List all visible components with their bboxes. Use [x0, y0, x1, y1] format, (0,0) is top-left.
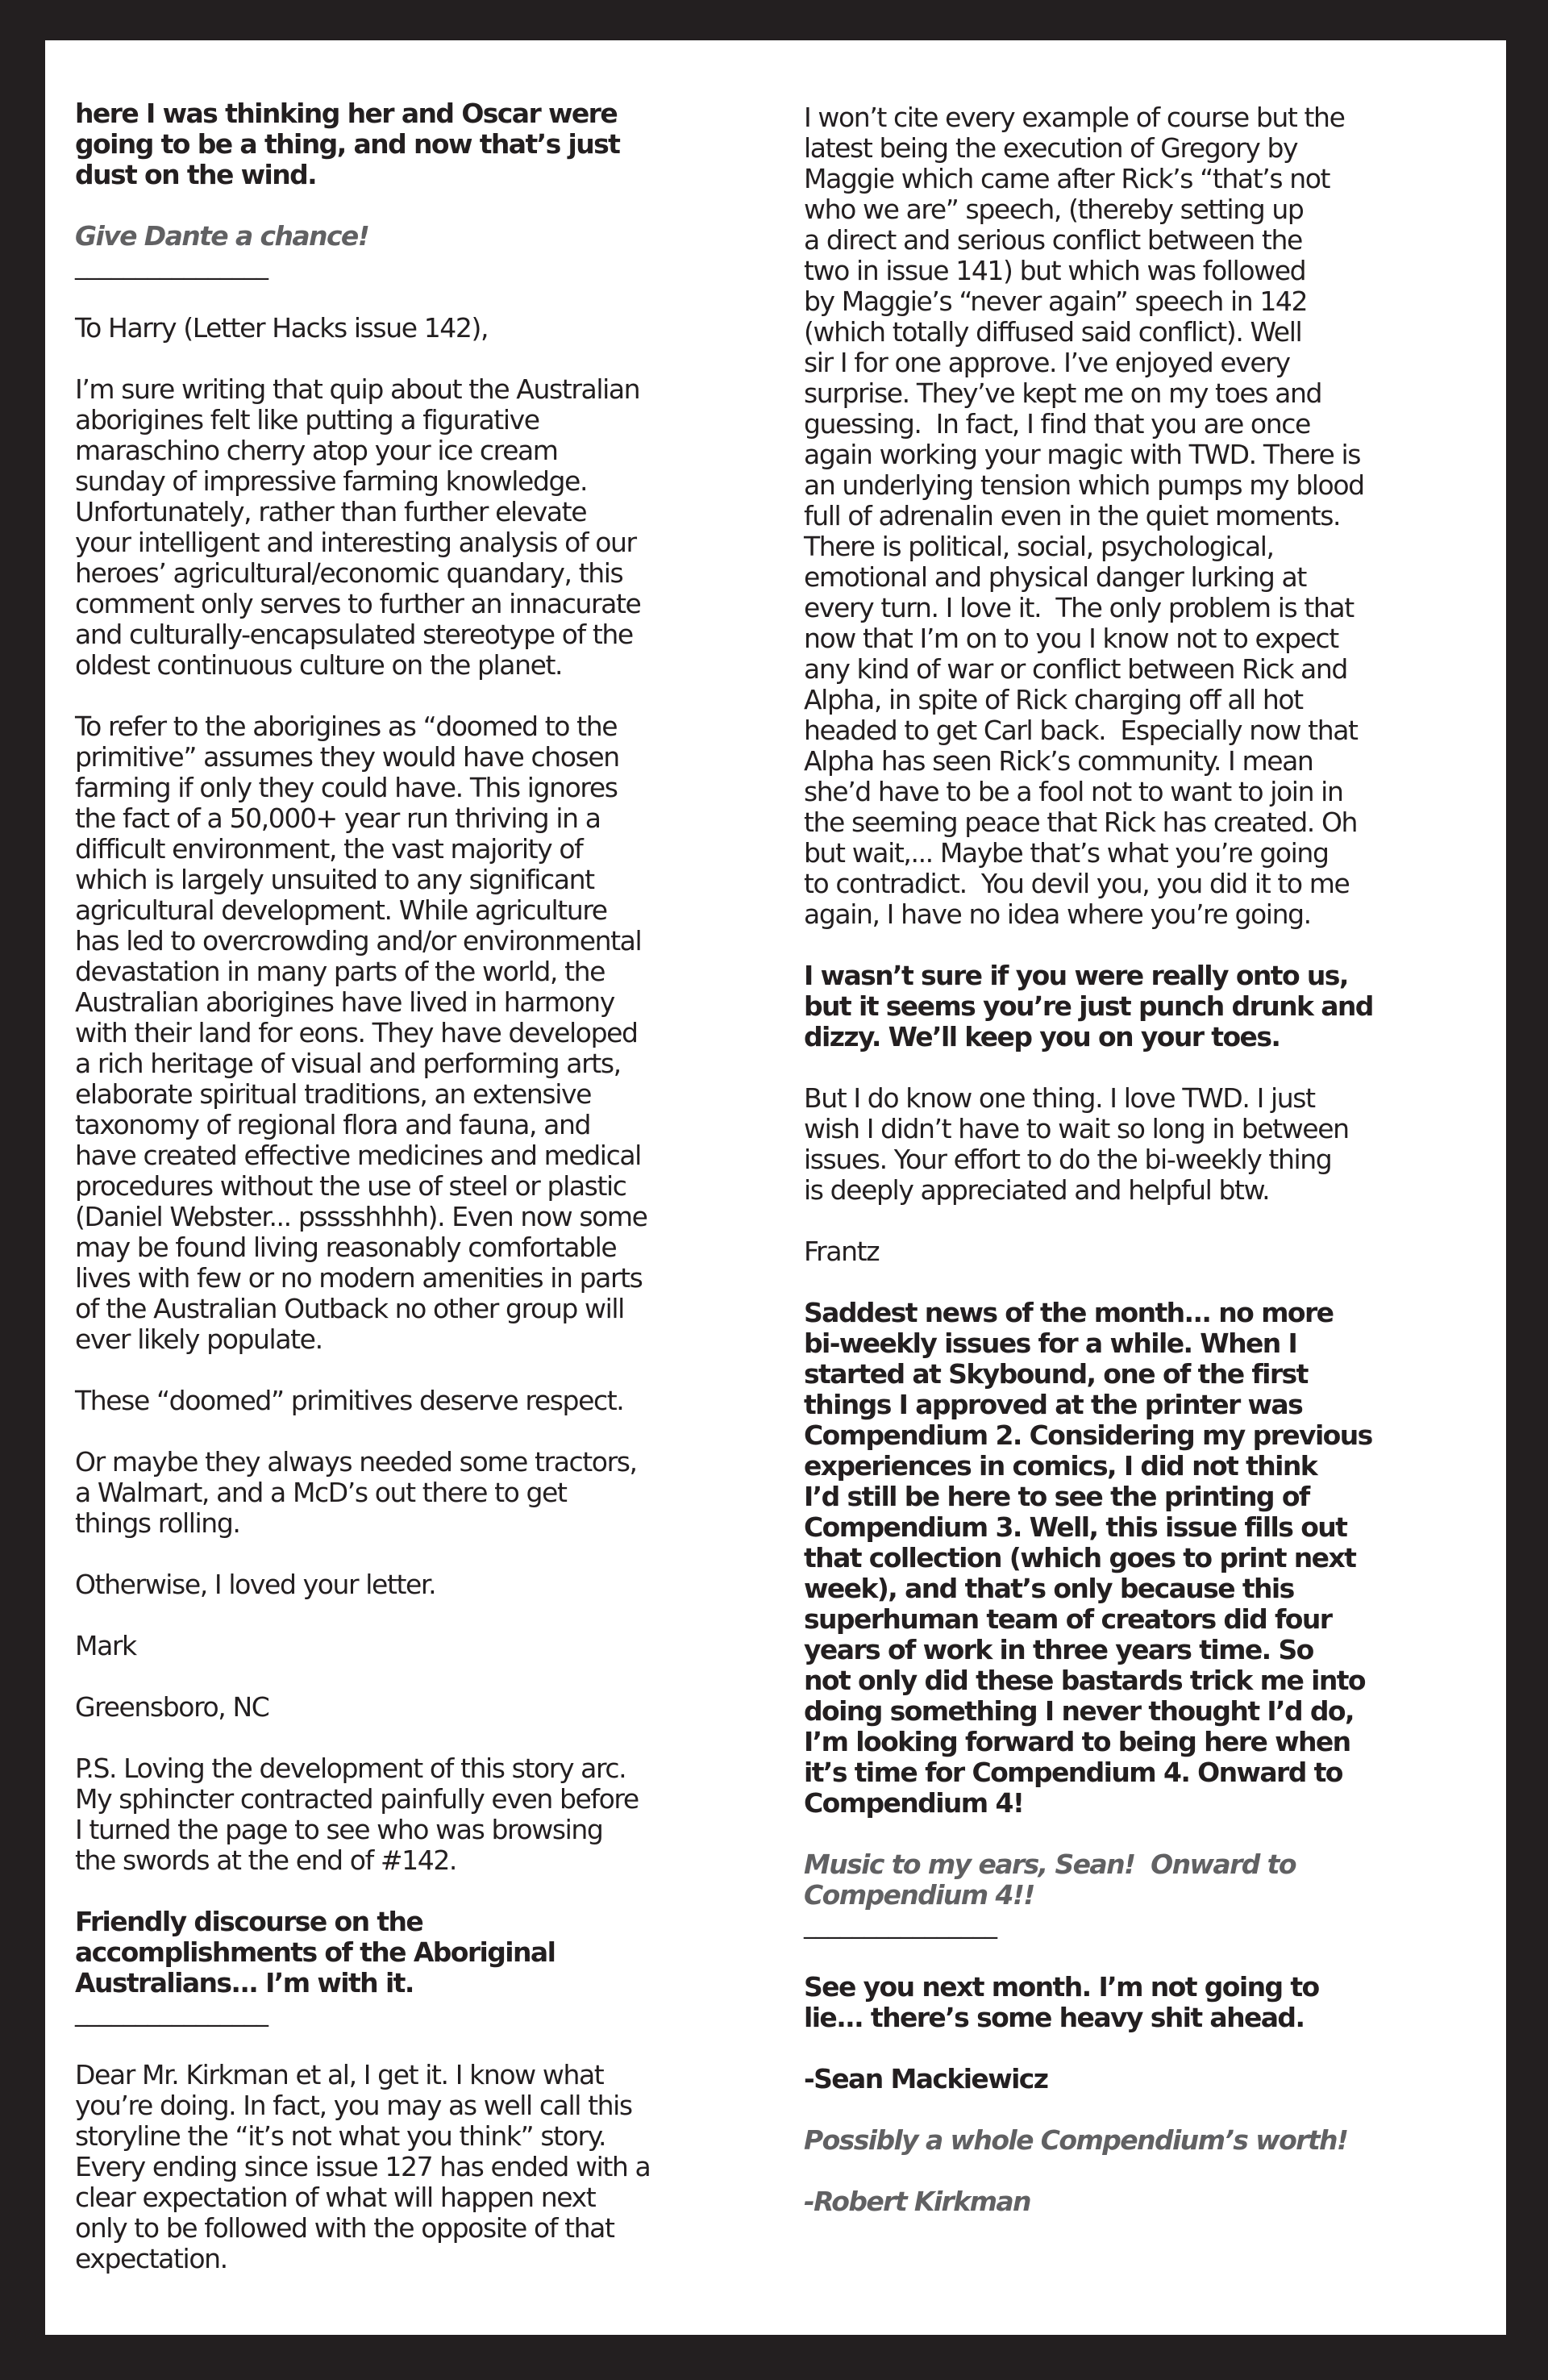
text-line: farming if only they could have. This ig… [75, 773, 784, 803]
text-line: Possibly a whole Compendium’s worth! [804, 2125, 1513, 2156]
paragraph-spacer [75, 681, 784, 711]
text-line: lives with few or no modern amenities in… [75, 1263, 784, 1294]
text-line: any kind of war or conflict between Rick… [804, 654, 1513, 685]
text-line: See you next month. I’m not going to [804, 1972, 1513, 2003]
text-line: latest being the execution of Gregory by [804, 133, 1513, 164]
text-line: aborigines felt like putting a figurativ… [75, 405, 784, 436]
text-line: she’d have to be a fool not to want to j… [804, 777, 1513, 807]
text-line: Frantz [804, 1236, 1513, 1267]
text-line: Maggie which came after Rick’s “that’s n… [804, 164, 1513, 194]
editor-reply-dante: here I was thinking her and Oscar werego… [75, 98, 784, 190]
text-line: Compendium 3. Well, this issue fills out [804, 1512, 1513, 1543]
text-line: which is largely unsuited to any signifi… [75, 865, 784, 895]
text-line: you’re doing. In fact, you may as well c… [75, 2090, 784, 2121]
text-line: To Harry (Letter Hacks issue 142), [75, 313, 784, 344]
text-line: started at Skybound, one of the first [804, 1359, 1513, 1390]
text-line: the seeming peace that Rick has created.… [804, 807, 1513, 838]
paragraph-spacer [75, 1600, 784, 1631]
text-line: I’m looking forward to being here when [804, 1727, 1513, 1757]
text-line: emotional and physical danger lurking at [804, 562, 1513, 593]
left-column: here I was thinking her and Oscar werego… [75, 98, 784, 2274]
text-line: going to be a thing, and now that’s just [75, 129, 784, 160]
text-line: maraschino cherry atop your ice cream [75, 436, 784, 466]
text-line: devastation in many parts of the world, … [75, 957, 784, 987]
text-line: I wasn’t sure if you were really onto us… [804, 961, 1513, 991]
paragraph-spacer [75, 282, 784, 313]
letter-divider: ________________ [75, 1999, 784, 2029]
text-line: who we are” speech, (thereby setting up [804, 194, 1513, 225]
letter-paragraph: These “doomed” primitives deserve respec… [75, 1386, 784, 1416]
divider-line: ________________ [75, 252, 784, 282]
text-line: it’s time for Compendium 4. Onward to [804, 1757, 1513, 1788]
text-line: Unfortunately, rather than further eleva… [75, 497, 784, 527]
text-line: Alpha has seen Rick’s community. I mean [804, 746, 1513, 777]
text-line: procedures without the use of steel or p… [75, 1171, 784, 1202]
letter-paragraph: I’m sure writing that quip about the Aus… [75, 374, 784, 681]
text-line: I’d still be here to see the printing of [804, 1482, 1513, 1512]
text-line: Mark [75, 1631, 784, 1661]
text-line: dust on the wind. [75, 160, 784, 190]
text-line: a Walmart, and a McD’s out there to get [75, 1478, 784, 1508]
letter-paragraph: Otherwise, I loved your letter. [75, 1569, 784, 1600]
letter-signature: Frantz [804, 1236, 1513, 1267]
text-line: My sphincter contracted painfully even b… [75, 1784, 784, 1815]
text-line: things I approved at the printer was [804, 1390, 1513, 1420]
letter-divider: ________________ [804, 1911, 1513, 1941]
text-line: elaborate spiritual traditions, an exten… [75, 1079, 784, 1110]
text-line: again, I have no idea where you’re going… [804, 899, 1513, 930]
divider-line: ________________ [75, 1999, 784, 2029]
text-line: To refer to the aborigines as “doomed to… [75, 711, 784, 742]
paragraph-spacer [75, 1723, 784, 1753]
text-line: Otherwise, I loved your letter. [75, 1569, 784, 1600]
text-line: Dear Mr. Kirkman et al, I get it. I know… [75, 2060, 784, 2090]
paragraph-spacer [75, 1416, 784, 1447]
text-line: every turn. I love it. The only problem … [804, 593, 1513, 623]
text-line: things rolling. [75, 1508, 784, 1539]
text-line: your intelligent and interesting analysi… [75, 527, 784, 558]
paragraph-spacer [804, 1941, 1513, 1972]
text-line: now that I’m on to you I know not to exp… [804, 623, 1513, 654]
text-line: superhuman team of creators did four [804, 1604, 1513, 1635]
text-line: that collection (which goes to print nex… [804, 1543, 1513, 1573]
paragraph-spacer [75, 1661, 784, 1692]
editor-reply: Friendly discourse on theaccomplishments… [75, 1907, 784, 1999]
divider-line: ________________ [804, 1911, 1513, 1941]
text-line: guessing. In fact, I find that you are o… [804, 409, 1513, 440]
text-line: bi-weekly issues for a while. When I [804, 1328, 1513, 1359]
text-line: may be found living reasonably comfortab… [75, 1232, 784, 1263]
paragraph-spacer [75, 1355, 784, 1386]
text-line: experiences in comics, I did not think [804, 1451, 1513, 1482]
text-line: comment only serves to further an innacu… [75, 589, 784, 619]
signature-robert-kirkman: -Robert Kirkman [804, 2186, 1513, 2217]
text-line: There is political, social, psychologica… [804, 531, 1513, 562]
text-line: week), and that’s only because this [804, 1573, 1513, 1604]
text-line: a direct and serious conflict between th… [804, 225, 1513, 256]
text-line: Greensboro, NC [75, 1692, 784, 1723]
text-line: (Daniel Webster... psssshhhh). Even now … [75, 1202, 784, 1232]
text-line: storyline the “it’s not what you think” … [75, 2121, 784, 2152]
text-line: (which totally diffused said conflict). … [804, 317, 1513, 348]
text-line: the swords at the end of #142. [75, 1845, 784, 1876]
text-line: difficult environment, the vast majority… [75, 834, 784, 865]
text-line: expectation. [75, 2244, 784, 2274]
text-line: but wait,... Maybe that’s what you’re go… [804, 838, 1513, 869]
text-line: is deeply appreciated and helpful btw. [804, 1175, 1513, 1206]
text-line: Or maybe they always needed some tractor… [75, 1447, 784, 1478]
closing-reply: Possibly a whole Compendium’s worth! [804, 2125, 1513, 2156]
text-line: with their land for eons. They have deve… [75, 1018, 784, 1048]
text-line: has led to overcrowding and/or environme… [75, 926, 784, 957]
letter-signature: Mark [75, 1631, 784, 1661]
text-line: ever likely populate. [75, 1324, 784, 1355]
editor-reply: Music to my ears, Sean! Onward toCompend… [804, 1849, 1513, 1911]
text-line: But I do know one thing. I love TWD. I j… [804, 1083, 1513, 1114]
text-line: Compendium 2. Considering my previous [804, 1420, 1513, 1451]
right-column: I won’t cite every example of course but… [804, 102, 1513, 2217]
text-line: sunday of impressive farming knowledge. [75, 466, 784, 497]
text-line: sir I for one approve. I’ve enjoyed ever… [804, 348, 1513, 378]
paragraph-spacer [75, 190, 784, 221]
text-line: Every ending since issue 127 has ended w… [75, 2152, 784, 2182]
letter-paragraph: Or maybe they always needed some tractor… [75, 1447, 784, 1539]
text-line: Alpha, in spite of Rick charging off all… [804, 685, 1513, 715]
text-line: only to be followed with the opposite of… [75, 2213, 784, 2244]
paragraph-spacer [804, 1819, 1513, 1849]
text-line: Friendly discourse on the [75, 1907, 784, 1937]
text-line: to contradict. You devil you, you did it… [804, 869, 1513, 899]
text-line: agricultural development. While agricult… [75, 895, 784, 926]
text-line: not only did these bastards trick me int… [804, 1665, 1513, 1696]
text-line: and culturally-encapsulated stereotype o… [75, 619, 784, 650]
text-line: I turned the page to see who was browsin… [75, 1815, 784, 1845]
text-line: Australians... I’m with it. [75, 1968, 784, 1999]
text-line: Australian aborigines have lived in harm… [75, 987, 784, 1018]
text-line: Compendium 4! [804, 1788, 1513, 1819]
paragraph-spacer [804, 1052, 1513, 1083]
paragraph-spacer [75, 2029, 784, 2060]
text-line: -Robert Kirkman [804, 2186, 1513, 2217]
text-line: wish I didn’t have to wait so long in be… [804, 1114, 1513, 1144]
text-line: here I was thinking her and Oscar were [75, 98, 784, 129]
paragraph-spacer [804, 930, 1513, 961]
text-line: of the Australian Outback no other group… [75, 1294, 784, 1324]
letters-page: here I was thinking her and Oscar werego… [45, 40, 1506, 2335]
text-line: These “doomed” primitives deserve respec… [75, 1386, 784, 1416]
text-line: a rich heritage of visual and performing… [75, 1048, 784, 1079]
text-line: surprise. They’ve kept me on my toes and [804, 378, 1513, 409]
text-line: accomplishments of the Aboriginal [75, 1937, 784, 1968]
text-line: primitive” assumes they would have chose… [75, 742, 784, 773]
text-line: have created effective medicines and med… [75, 1140, 784, 1171]
text-line: heroes’ agricultural/economic quandary, … [75, 558, 784, 589]
letter-paragraph: I won’t cite every example of course but… [804, 102, 1513, 930]
text-line: the fact of a 50,000+ year run thriving … [75, 803, 784, 834]
editor-reply-give-dante: Give Dante a chance! [75, 221, 784, 252]
text-line: doing something I never thought I’d do, [804, 1696, 1513, 1727]
text-line: taxonomy of regional flora and fauna, an… [75, 1110, 784, 1140]
letter-postscript: P.S. Loving the development of this stor… [75, 1753, 784, 1876]
text-line: headed to get Carl back. Especially now … [804, 715, 1513, 746]
paragraph-spacer [804, 2033, 1513, 2064]
paragraph-spacer [75, 344, 784, 374]
letter-paragraph: Dear Mr. Kirkman et al, I get it. I know… [75, 2060, 784, 2274]
letter-location: Greensboro, NC [75, 1692, 784, 1723]
text-line: full of adrenalin even in the quiet mome… [804, 501, 1513, 531]
text-line: but it seems you’re just punch drunk and [804, 991, 1513, 1022]
paragraph-spacer [804, 2094, 1513, 2125]
signature-sean-mackiewicz: -Sean Mackiewicz [804, 2064, 1513, 2094]
text-line: clear expectation of what will happen ne… [75, 2182, 784, 2213]
paragraph-spacer [804, 2156, 1513, 2186]
paragraph-spacer [804, 1267, 1513, 1298]
paragraph-spacer [75, 1539, 784, 1569]
text-line: Compendium 4!! [804, 1880, 1513, 1911]
editor-note: Saddest news of the month... no morebi-w… [804, 1298, 1513, 1819]
text-line: P.S. Loving the development of this stor… [75, 1753, 784, 1784]
editor-reply: I wasn’t sure if you were really onto us… [804, 961, 1513, 1052]
closing-note: See you next month. I’m not going tolie.… [804, 1972, 1513, 2033]
letter-salutation: To Harry (Letter Hacks issue 142), [75, 313, 784, 344]
paragraph-spacer [804, 1206, 1513, 1236]
text-line: lie... there’s some heavy shit ahead. [804, 2003, 1513, 2033]
text-line: Music to my ears, Sean! Onward to [804, 1849, 1513, 1880]
text-line: Give Dante a chance! [75, 221, 784, 252]
text-line: oldest continuous culture on the planet. [75, 650, 784, 681]
letter-divider: ________________ [75, 252, 784, 282]
text-line: Saddest news of the month... no more [804, 1298, 1513, 1328]
text-line: issues. Your effort to do the bi-weekly … [804, 1144, 1513, 1175]
text-line: -Sean Mackiewicz [804, 2064, 1513, 2094]
text-line: I won’t cite every example of course but… [804, 102, 1513, 133]
text-line: again working your magic with TWD. There… [804, 440, 1513, 470]
text-line: years of work in three years time. So [804, 1635, 1513, 1665]
text-line: dizzy. We’ll keep you on your toes. [804, 1022, 1513, 1052]
paragraph-spacer [75, 1876, 784, 1907]
text-line: an underlying tension which pumps my blo… [804, 470, 1513, 501]
text-line: by Maggie’s “never again” speech in 142 [804, 286, 1513, 317]
text-line: I’m sure writing that quip about the Aus… [75, 374, 784, 405]
letter-paragraph: To refer to the aborigines as “doomed to… [75, 711, 784, 1355]
letter-paragraph: But I do know one thing. I love TWD. I j… [804, 1083, 1513, 1206]
text-line: two in issue 141) but which was followed [804, 256, 1513, 286]
